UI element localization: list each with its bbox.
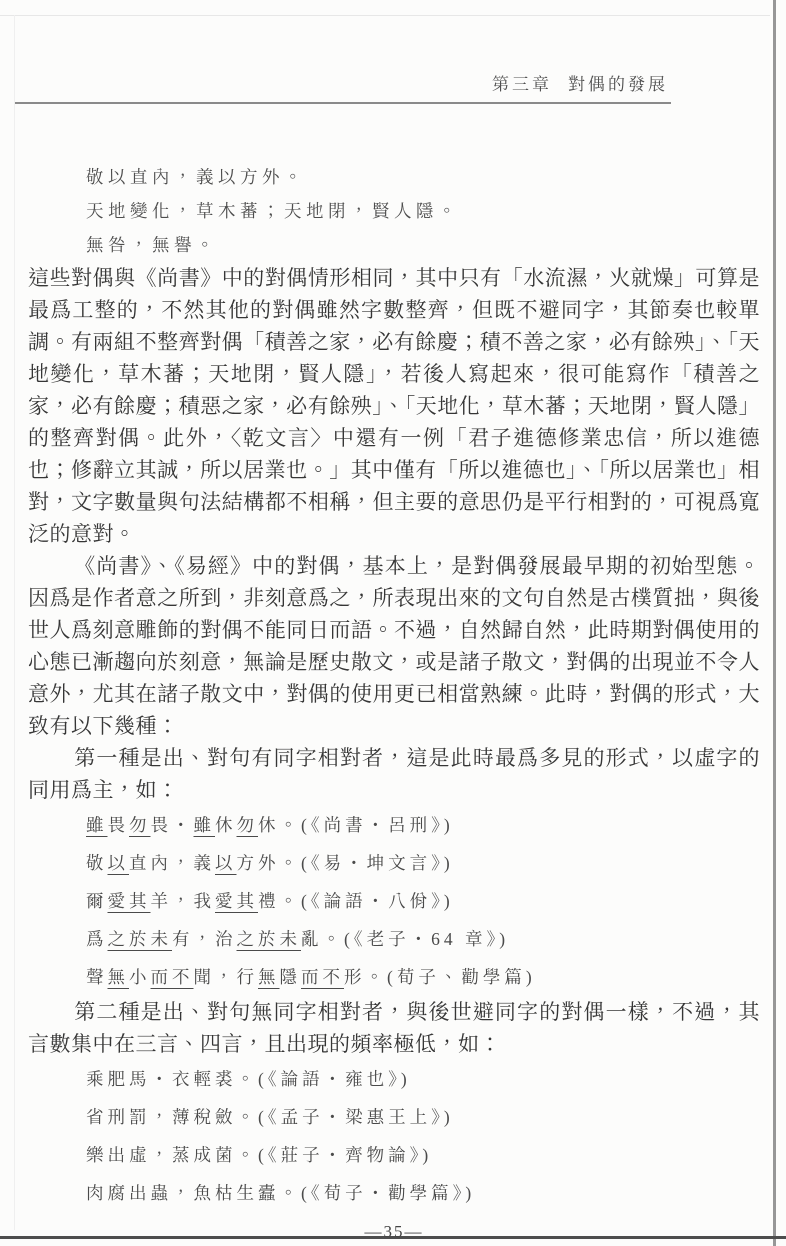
- plain-text: 畏: [108, 815, 130, 835]
- paragraph-type-two-intro: 第二種是出、對句無同字相對者，與後世避同字的對偶一樣，不過，其言數集中在三言、四…: [28, 996, 760, 1060]
- scan-edge-left: [14, 15, 15, 1230]
- example-no-same-char-line-2: 省刑罰，薄稅斂。(《孟子・梁惠王上》): [86, 1098, 760, 1136]
- plain-text: 休。(《尚書・呂刑》): [258, 815, 454, 835]
- underlined-text: 無: [258, 967, 280, 987]
- example-same-char-line-4: 爲之於未有，治之於未亂。(《老子・64 章》): [86, 920, 760, 958]
- underlined-text: 以: [108, 853, 130, 873]
- top-quote-line-1: 敬以直內，義以方外。: [86, 160, 760, 194]
- underlined-text: 雖: [86, 815, 108, 835]
- example-same-char-line-2: 敬以直內，義以方外。(《易・坤文言》): [86, 844, 760, 882]
- scan-edge-top: [0, 15, 770, 16]
- plain-text: 羊，我: [151, 891, 216, 911]
- plain-text: 爲: [86, 929, 108, 949]
- chapter-number: 第三章: [492, 75, 552, 94]
- text-column: 敬以直內，義以方外。 天地變化，草木蕃；天地閉，賢人隱。 無咎，無譽。 這些對偶…: [28, 160, 760, 1242]
- plain-text: 聞，行: [194, 967, 259, 987]
- scan-edge-right: [773, 0, 776, 1246]
- paragraph-origin: 《尚書》、《易經》中的對偶，基本上，是對偶發展最早期的初始型態。因爲是作者意之所…: [28, 550, 760, 742]
- plain-text: 爾: [86, 891, 108, 911]
- plain-text: 形。(荀子、勸學篇): [344, 967, 536, 987]
- header-rule: [15, 102, 671, 104]
- paragraph-type-one-intro: 第一種是出、對句有同字相對者，這是此時最爲多見的形式，以虛字的同用爲主，如：: [28, 742, 760, 806]
- underlined-text: 而不: [151, 967, 194, 987]
- running-head: 第三章對偶的發展: [0, 70, 668, 95]
- underlined-text: 雖: [194, 815, 216, 835]
- plain-text: 有，治: [172, 929, 237, 949]
- plain-text: 隱: [280, 967, 302, 987]
- underlined-text: 無: [108, 967, 130, 987]
- example-same-char-line-5: 聲無小而不聞，行無隱而不形。(荀子、勸學篇): [86, 958, 760, 996]
- example-no-same-char-line-1: 乘肥馬・衣輕裘。(《論語・雍也》): [86, 1060, 760, 1098]
- example-same-char-line-3: 爾愛其羊，我愛其禮。(《論語・八佾》): [86, 882, 760, 920]
- plain-text: 方外。(《易・坤文言》): [237, 853, 454, 873]
- underlined-text: 愛其: [108, 891, 151, 911]
- chapter-title: 對偶的發展: [568, 75, 668, 94]
- underlined-text: 而不: [301, 967, 344, 987]
- example-same-char-line-1: 雖畏勿畏・雖休勿休。(《尚書・呂刑》): [86, 806, 760, 844]
- plain-text: 聲: [86, 967, 108, 987]
- plain-text: 畏・: [151, 815, 194, 835]
- underlined-text: 之於未: [108, 929, 173, 949]
- plain-text: 禮。(《論語・八佾》): [258, 891, 454, 911]
- top-quote-line-2: 天地變化，草木蕃；天地閉，賢人隱。: [86, 194, 760, 228]
- plain-text: 直內，義: [129, 853, 215, 873]
- underlined-text: 以: [215, 853, 237, 873]
- plain-text: 敬: [86, 853, 108, 873]
- paragraph-commentary: 這些對偶與《尚書》中的對偶情形相同，其中只有「水流濕，火就燥」可算是最爲工整的，…: [28, 262, 760, 550]
- example-no-same-char-line-4: 肉腐出蟲，魚枯生蠹。(《荀子・勸學篇》): [86, 1174, 760, 1212]
- plain-text: 亂。(《老子・64 章》): [301, 929, 509, 949]
- underlined-text: 勿: [129, 815, 151, 835]
- plain-text: 休: [215, 815, 237, 835]
- page-number: —35—: [28, 1222, 760, 1242]
- underlined-text: 愛其: [215, 891, 258, 911]
- underlined-text: 勿: [237, 815, 259, 835]
- scanned-book-page: 第三章對偶的發展 敬以直內，義以方外。 天地變化，草木蕃；天地閉，賢人隱。 無咎…: [0, 0, 786, 1246]
- plain-text: 小: [129, 967, 151, 987]
- underlined-text: 之於未: [237, 929, 302, 949]
- top-quote-line-3: 無咎，無譽。: [86, 228, 760, 262]
- example-no-same-char-line-3: 樂出虛，蒸成菌。(《莊子・齊物論》): [86, 1136, 760, 1174]
